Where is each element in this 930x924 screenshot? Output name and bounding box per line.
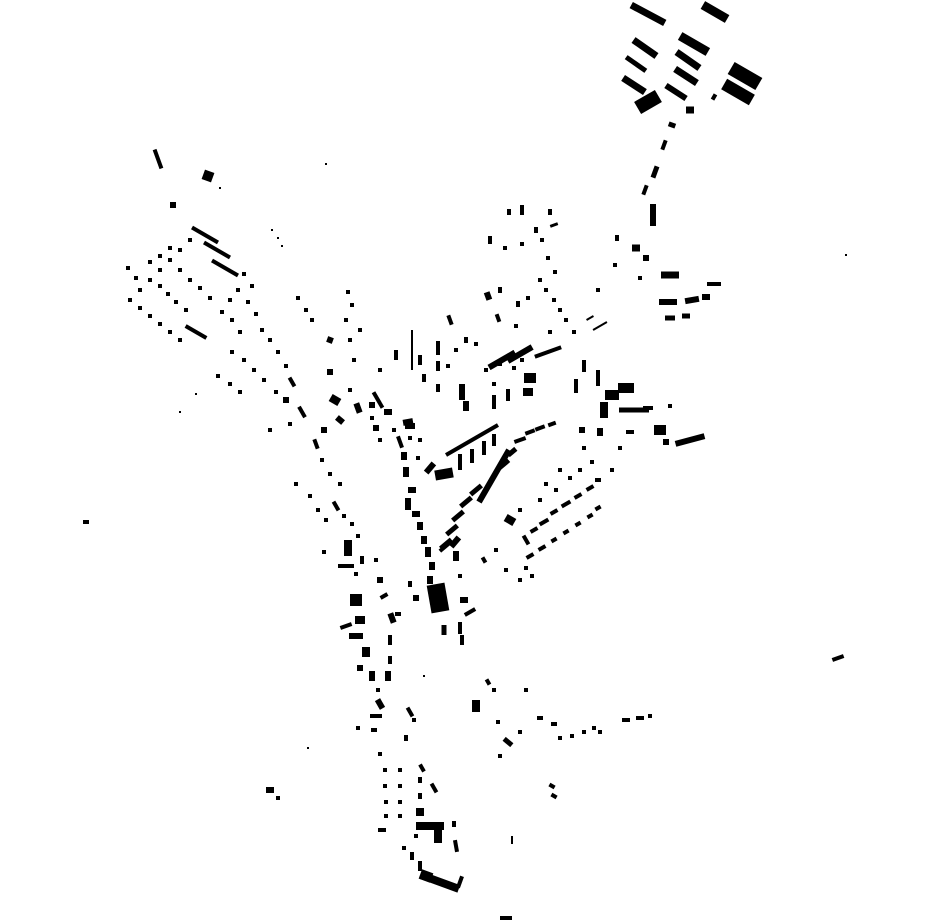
building-footprint [463,401,469,411]
building-footprint [238,390,242,394]
building-footprint [496,720,500,724]
building-footprint [148,260,152,264]
building-footprint [384,814,388,818]
building-footprint [544,482,548,486]
building-footprint [498,287,502,293]
building-footprint [178,248,182,252]
building-footprint [668,404,672,408]
building-footprint [572,330,576,334]
building-footprint [184,308,188,312]
building-footprint [403,467,409,477]
building-footprint [514,324,518,328]
building-footprint [138,306,142,310]
building-footprint [452,821,456,827]
building-footprint [416,822,444,830]
building-footprint [534,227,538,233]
building-footprint [350,522,354,526]
building-footprint [408,487,416,493]
building-footprint [408,436,412,440]
building-footprint [296,296,300,300]
building-footprint [682,314,690,319]
building-footprint [578,468,582,472]
building-footprint [511,836,513,844]
building-footprint [506,389,510,401]
building-footprint [494,548,498,552]
building-footprint [304,308,308,312]
building-footprint [414,834,418,838]
building-footprint [613,263,617,267]
building-footprint [636,716,644,720]
building-footprint [643,406,653,410]
building-footprint [188,278,192,282]
building-footprint [398,800,402,804]
building-footprint [554,488,558,492]
building-footprint [530,574,534,578]
building-footprint [354,572,358,576]
building-footprint [484,368,488,372]
building-footprint [126,266,130,270]
building-footprint [504,568,508,572]
building-footprint [402,846,406,850]
building-footprint [659,299,677,305]
building-footprint [405,498,411,510]
building-footprint [308,494,312,498]
building-footprint [398,814,402,818]
building-footprint [618,446,622,450]
building-footprint [524,373,536,383]
building-footprint [378,752,382,756]
building-footprint [198,286,202,290]
building-footprint [500,916,512,920]
building-footprint [322,550,326,554]
building-footprint [498,754,502,758]
building-footprint [178,338,182,342]
building-footprint [325,163,327,165]
building-footprint [188,238,192,242]
building-footprint [558,468,562,472]
building-footprint [230,318,234,322]
building-footprint [369,402,375,408]
building-footprint [582,446,586,450]
building-footprint [638,276,642,280]
building-footprint [277,237,279,239]
building-footprint [328,472,332,476]
building-footprint [503,246,507,250]
building-footprint [378,828,386,832]
building-footprint [307,747,309,749]
building-footprint [281,245,283,247]
building-footprint [632,245,640,252]
building-footprint [344,540,352,556]
building-footprint [418,861,422,871]
building-footprint [454,348,458,352]
building-footprint [374,558,378,562]
building-footprint [570,734,574,738]
building-footprint [582,360,586,372]
building-footprint [338,564,354,568]
building-footprint [236,288,240,292]
building-footprint [373,425,379,431]
building-footprint [404,735,408,741]
building-footprint [242,358,246,362]
building-footprint [349,633,363,639]
building-footprint [548,209,552,215]
building-footprint [350,594,362,606]
building-footprint [168,258,172,262]
building-footprint [254,312,258,316]
building-footprint [283,397,289,403]
building-footprint [246,300,250,304]
building-footprint [310,318,314,322]
building-footprint [458,622,462,634]
building-footprint [338,482,342,486]
building-footprint [356,534,360,538]
building-footprint [418,793,422,799]
building-footprint [377,577,383,583]
building-footprint [663,439,669,445]
building-footprint [358,328,362,332]
building-footprint [195,393,197,395]
building-footprint [395,612,401,616]
building-footprint [564,318,568,322]
building-footprint [540,238,544,242]
building-footprint [524,566,528,570]
building-footprint [418,777,422,783]
building-footprint [276,796,280,800]
building-footprint [405,423,415,429]
building-footprint [417,522,423,530]
building-footprint [294,482,298,486]
building-footprint [538,498,542,502]
building-footprint [324,518,328,522]
building-footprint [378,368,382,372]
building-footprint [356,726,360,730]
building-footprint [618,383,634,393]
building-footprint [654,425,666,435]
building-footprint [357,665,363,671]
building-footprint [262,378,266,382]
building-footprint [178,268,182,272]
building-footprint [288,422,292,426]
building-footprint [492,434,496,446]
building-footprint [371,728,377,732]
building-footprint [388,656,392,664]
building-footprint [425,547,431,557]
building-footprint [284,364,288,368]
building-footprint [411,330,413,370]
building-footprint [464,337,468,343]
building-footprint [416,456,420,460]
building-footprint [228,298,232,302]
building-footprint [385,671,391,681]
building-footprint [220,310,224,314]
building-footprint [597,428,603,436]
building-footprint [168,330,172,334]
building-footprint [138,288,142,292]
building-footprint [250,284,254,288]
building-footprint [520,205,524,215]
building-footprint [482,441,486,455]
building-footprint [320,458,324,462]
building-footprint [268,338,272,342]
building-footprint [538,278,542,282]
building-footprint [170,202,176,208]
building-footprint [421,536,427,544]
building-footprint [148,278,152,282]
building-footprint [552,298,556,302]
building-footprint [321,427,327,433]
building-footprint [413,595,419,601]
building-footprint [622,718,630,722]
building-footprint [383,768,387,772]
building-footprint [516,301,520,307]
building-footprint [568,476,572,480]
building-footprint [418,355,422,365]
building-footprint [707,282,721,286]
building-footprint [384,800,388,804]
building-footprint [472,700,480,712]
building-footprint [398,784,402,788]
building-footprint [460,597,468,603]
building-footprint [216,374,220,378]
building-footprint [378,438,382,442]
building-footprint [551,722,557,726]
building-footprint [352,358,356,362]
building-footprint [524,688,528,692]
building-footprint [342,514,346,518]
building-footprint [276,350,280,354]
building-footprint [595,478,601,482]
map-background [0,0,930,924]
building-footprint [661,272,679,279]
building-footprint [148,314,152,318]
building-footprint [460,635,464,645]
building-footprint [702,294,710,300]
building-footprint [174,300,178,304]
building-footprint [442,625,447,635]
building-footprint [582,730,586,734]
building-footprint [398,768,402,772]
building-footprint [520,358,524,362]
building-footprint [242,272,246,276]
building-footprint [458,574,462,578]
building-footprint [548,330,552,334]
building-footprint [598,730,602,734]
building-footprint [470,449,474,463]
building-footprint [518,508,522,512]
building-footprint [350,303,354,307]
building-footprint [600,402,608,418]
building-footprint [158,322,162,326]
building-footprint [168,246,172,250]
building-footprint [166,292,170,296]
building-footprint [429,562,435,570]
building-footprint [665,316,675,321]
building-footprint [219,187,221,189]
building-footprint [458,454,462,470]
building-footprint [376,688,380,692]
building-footprint [228,382,232,386]
building-footprint [558,736,562,740]
figure-ground-map [0,0,930,924]
building-footprint [316,508,320,512]
building-footprint [344,318,348,322]
building-footprint [523,388,533,396]
building-footprint [518,578,522,582]
building-footprint [128,298,132,302]
building-footprint [590,460,594,464]
building-footprint [507,209,511,215]
building-footprint [492,382,496,386]
building-footprint [434,829,442,843]
building-footprint [845,254,847,256]
building-footprint [488,236,492,244]
building-footprint [423,675,425,677]
building-footprint [512,366,516,370]
building-footprint [436,384,440,392]
building-footprint [537,716,543,720]
building-footprint [416,808,424,816]
building-footprint [518,730,522,734]
building-footprint [362,647,370,657]
building-footprint [158,284,162,288]
building-footprint [370,714,382,718]
building-footprint [643,255,649,261]
building-footprint [422,374,426,382]
building-footprint [615,235,619,241]
building-footprint [252,368,256,372]
building-footprint [327,369,333,375]
building-footprint [474,342,478,346]
building-footprint [388,635,392,645]
building-footprint [650,204,656,226]
building-footprint [271,229,273,231]
building-footprint [412,511,420,517]
building-footprint [260,328,264,332]
building-footprint [546,256,550,260]
building-footprint [418,438,422,442]
building-footprint [492,688,496,692]
building-footprint [392,428,396,432]
building-footprint [208,296,212,300]
building-footprint [370,416,374,420]
building-footprint [592,726,596,730]
building-footprint [230,350,234,354]
building-footprint [394,350,398,360]
building-footprint [268,428,272,432]
building-footprint [369,671,375,681]
building-footprint [412,718,416,722]
building-footprint [360,556,364,564]
building-footprint [384,409,392,415]
building-footprint [648,714,652,718]
building-footprint [459,384,465,400]
building-footprint [574,379,578,393]
building-footprint [355,616,365,624]
building-footprint [605,390,619,400]
building-footprint [274,390,278,394]
building-footprint [383,784,387,788]
building-footprint [558,308,562,312]
building-footprint [348,338,352,342]
building-footprint [526,296,530,300]
building-footprint [348,388,352,392]
building-footprint [401,452,407,460]
building-footprint [520,242,524,246]
building-footprint [436,341,440,355]
building-footprint [410,852,414,860]
building-footprint [179,411,181,413]
building-footprint [596,288,600,292]
building-footprint [579,427,585,433]
building-footprint [158,268,162,272]
building-footprint [492,395,496,409]
building-footprint [626,430,634,434]
building-footprint [83,520,89,524]
building-footprint [346,290,350,294]
building-footprint [158,254,162,258]
building-footprint [686,107,694,114]
building-footprint [610,468,614,472]
building-footprint [553,270,557,274]
building-footprint [446,364,450,368]
building-footprint [596,370,600,386]
building-footprint [266,787,274,793]
building-footprint [436,361,440,371]
building-footprint [134,276,138,280]
building-footprint [238,330,242,334]
building-footprint [408,581,412,587]
building-footprint [427,576,433,584]
building-footprint [544,288,548,292]
building-footprint [453,551,459,561]
